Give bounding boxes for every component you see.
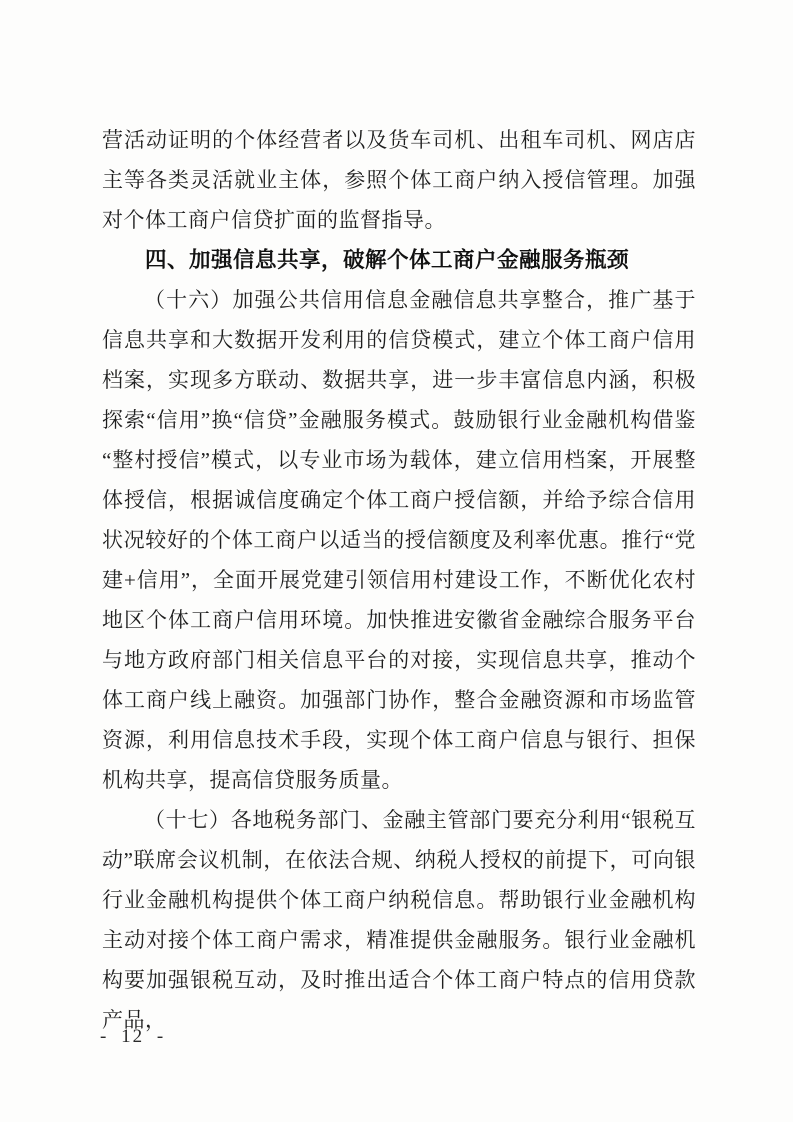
page-number: - 12 - [100, 1026, 165, 1048]
paragraph-16: （十六）加强公共信用信息金融信息共享整合，推广基于信息共享和大数据开发利用的信贷… [102, 280, 696, 800]
page-content: 营活动证明的个体经营者以及货车司机、出租车司机、网店店主等各类灵活就业主体，参照… [102, 120, 696, 1040]
document-page: 营活动证明的个体经营者以及货车司机、出租车司机、网店店主等各类灵活就业主体，参照… [0, 0, 793, 1122]
paragraph-17: （十七）各地税务部门、金融主管部门要充分利用“银税互动”联席会议机制，在依法合规… [102, 800, 696, 1040]
section-heading: 四、加强信息共享，破解个体工商户金融服务瓶颈 [102, 240, 696, 280]
paragraph-continuation: 营活动证明的个体经营者以及货车司机、出租车司机、网店店主等各类灵活就业主体，参照… [102, 120, 696, 240]
